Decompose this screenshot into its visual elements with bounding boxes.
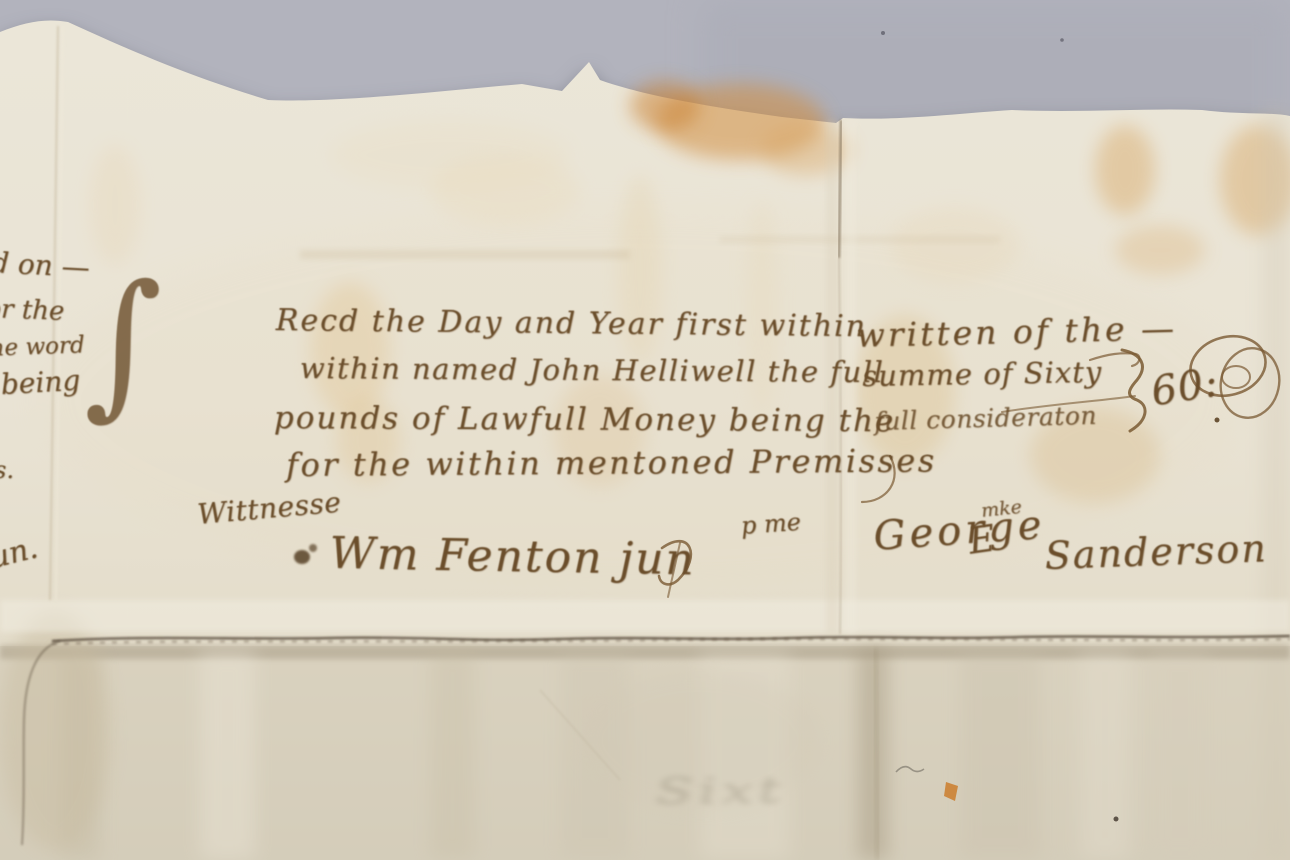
signer-surname: Sanderson [1044, 526, 1268, 578]
photograph-of-parchment-document: d on — or the the word being s. un. ∫ Re… [0, 0, 1290, 860]
lower-vertical-fold-shadow [858, 648, 888, 860]
signer-mark: E [966, 518, 998, 562]
receipt-line-1-right: written of the — [856, 308, 1177, 355]
receipt-line-2-right: summe of Sixty [862, 355, 1102, 393]
margin-fragment: being [0, 364, 81, 401]
lower-fold-panel [0, 610, 1290, 860]
margin-brace: ∫ [84, 252, 162, 435]
margin-fragment: s. [0, 456, 14, 484]
receipt-line-1-left: Recd the Day and Year first within [276, 303, 868, 344]
dust-speck [1060, 38, 1064, 42]
dust-speck [881, 31, 885, 35]
receipt-line-4: for the within mentoned Premisses [286, 441, 937, 484]
receipt-line-3-left: pounds of Lawfull Money being the [274, 400, 896, 439]
dark-speck [1114, 817, 1119, 822]
margin-fragment: or the [0, 294, 65, 327]
ghost-show-through-text: Sixt [655, 770, 786, 813]
mark-annotation: mke [980, 496, 1023, 522]
witness-signature: Wm Fenton jun [329, 528, 696, 585]
ink-blot [294, 550, 310, 564]
margin-fragment: the word [0, 332, 85, 362]
fold-highlight-ridge [0, 600, 1290, 632]
receipt-line-3-right: full consideraton [874, 401, 1097, 436]
per-me-note: p me [740, 508, 802, 540]
receipt-line-2-left: within named John Helliwell the full [300, 351, 885, 389]
margin-fragment: d on — [0, 246, 90, 284]
